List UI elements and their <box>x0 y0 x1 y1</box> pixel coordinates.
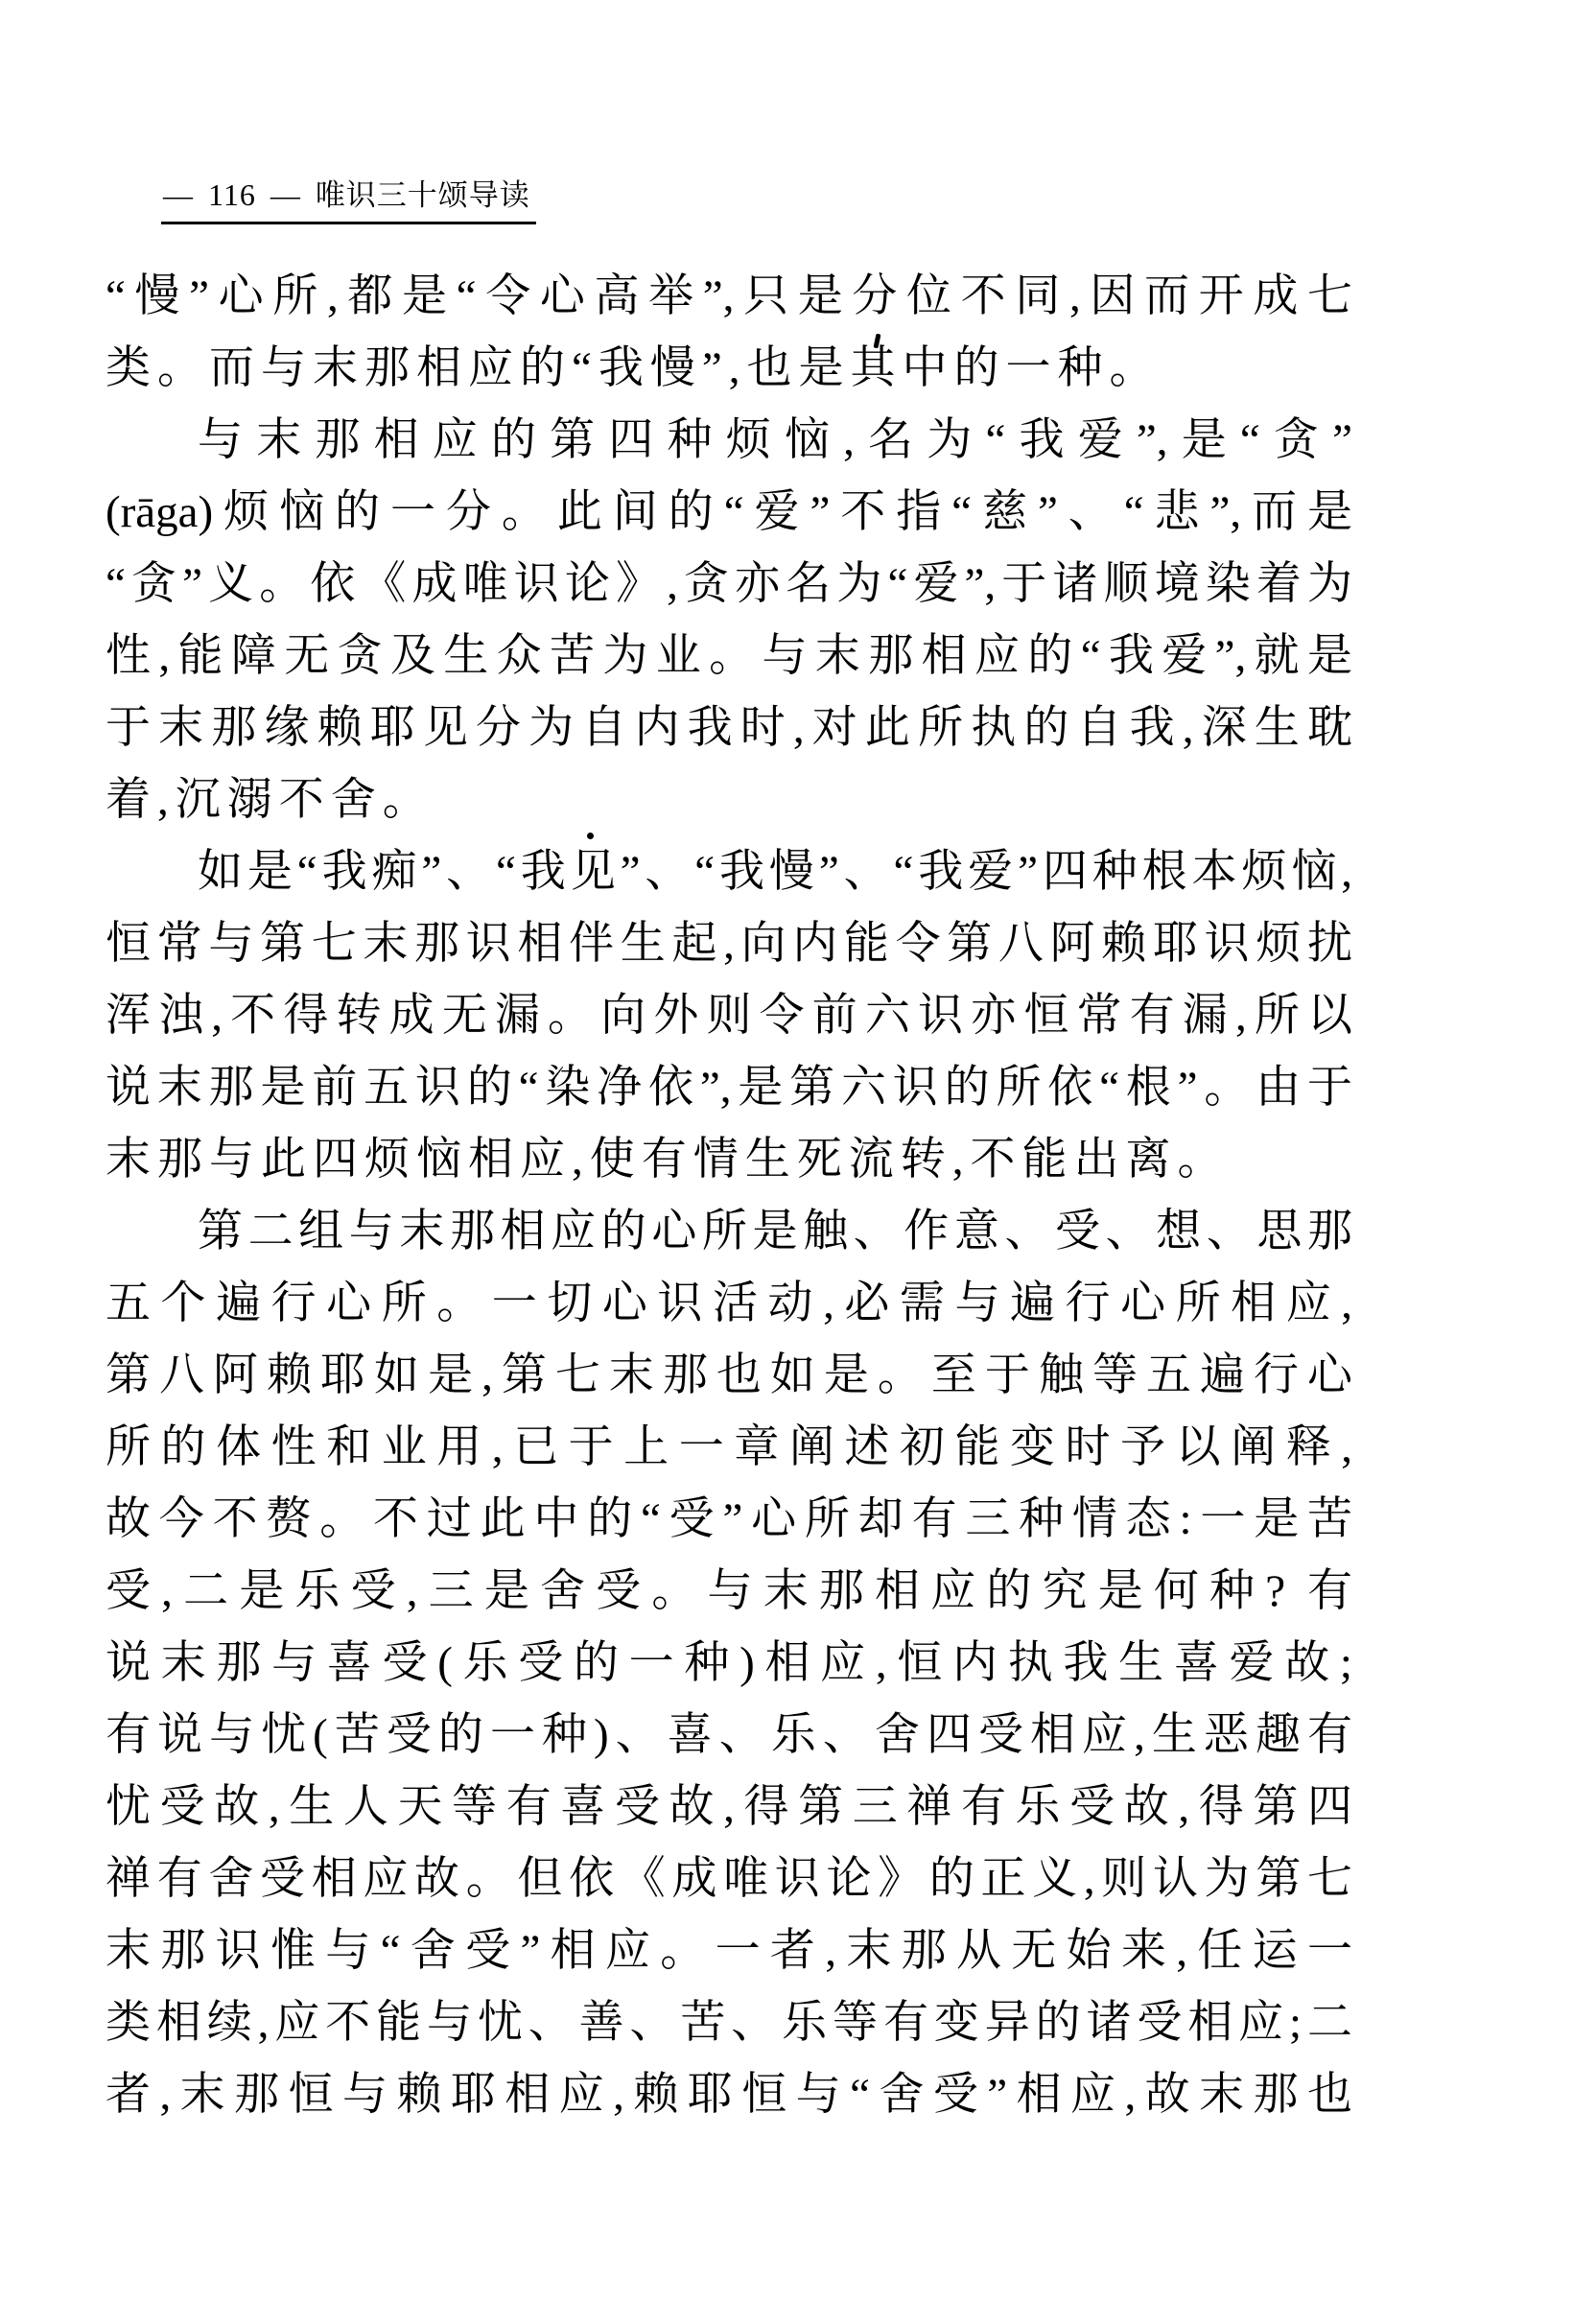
text-line: 类相续,应不能与忧、善、苦、乐等有变异的诸受相应;二 <box>106 1987 1352 2059</box>
text-line: (rāga)烦恼的一分。此间的“爱”不指“慈”、“悲”,而是 <box>106 477 1352 549</box>
text-line: 浑浊,不得转成无漏。向外则令前六识亦恒常有漏,所以 <box>106 980 1352 1052</box>
text-line: “慢”心所,都是“令心高举”,只是分位不同,因而开成七 <box>106 261 1352 333</box>
book-page: — 116 — 唯识三十颂导读 “慢”心所,都是“令心高举”,只是分位不同,因而… <box>0 0 1596 2301</box>
text-line: 五个遍行心所。一切心识活动,必需与遍行心所相应, <box>106 1268 1352 1340</box>
text-line: 末那与此四烦恼相应,使有情生死流转,不能出离。 <box>106 1124 1352 1196</box>
text-line: 与末那相应的第四种烦恼,名为“我爱”,是“贪” <box>106 405 1352 477</box>
text-line: 类。而与末那相应的“我慢”,也是其中的一种。 <box>106 333 1352 405</box>
text-line: 着,沉溺不舍。 <box>106 764 1352 836</box>
text-line: 如是“我痴”、“我见”、“我慢”、“我爱”四种根本烦恼, <box>106 836 1352 908</box>
book-title: 唯识三十颂导读 <box>316 171 530 214</box>
text-line: 恒常与第七末那识相伴生起,向内能令第八阿赖耶识烦扰 <box>106 908 1352 980</box>
header-dash-left: — <box>163 178 194 213</box>
text-line: 第八阿赖耶如是,第七末那也如是。至于触等五遍行心 <box>106 1340 1352 1412</box>
text-line: 性,能障无贪及生众苦为业。与末那相应的“我爱”,就是 <box>106 621 1352 693</box>
text-line: 说末那是前五识的“染净依”,是第六识的所依“根”。由于 <box>106 1052 1352 1124</box>
scan-speck <box>587 833 594 839</box>
text-line: 故今不赘。不过此中的“受”心所却有三种情态:一是苦 <box>106 1484 1352 1556</box>
header-dash-right: — <box>270 178 301 213</box>
text-line: 禅有舍受相应故。但依《成唯识论》的正义,则认为第七 <box>106 1843 1352 1915</box>
text-line: 说末那与喜受(乐受的一种)相应,恒内执我生喜爱故; <box>106 1628 1352 1700</box>
running-head: — 116 — 唯识三十颂导读 <box>161 171 536 224</box>
text-line: 有说与忧(苦受的一种)、喜、乐、舍四受相应,生恶趣有 <box>106 1700 1352 1772</box>
body-text: “慢”心所,都是“令心高举”,只是分位不同,因而开成七 类。而与末那相应的“我慢… <box>106 261 1352 2131</box>
text-line: 受,二是乐受,三是舍受。与末那相应的究是何种? 有 <box>106 1556 1352 1628</box>
text-line: 第二组与末那相应的心所是触、作意、受、想、思那 <box>106 1196 1352 1268</box>
text-line: 于末那缘赖耶见分为自内我时,对此所执的自我,深生耽 <box>106 693 1352 764</box>
page-number: 116 <box>208 177 256 213</box>
running-head-rule: — 116 — 唯识三十颂导读 <box>161 171 536 224</box>
text-line: 忧受故,生人天等有喜受故,得第三禅有乐受故,得第四 <box>106 1772 1352 1843</box>
text-line: “贪”义。依《成唯识论》,贪亦名为“爱”,于诸顺境染着为 <box>106 549 1352 621</box>
text-line: 所的体性和业用,已于上一章阐述初能变时予以阐释, <box>106 1412 1352 1484</box>
text-line: 末那识惟与“舍受”相应。一者,末那从无始来,任运一 <box>106 1915 1352 1987</box>
text-line: 者,末那恒与赖耶相应,赖耶恒与“舍受”相应,故末那也 <box>106 2059 1352 2131</box>
